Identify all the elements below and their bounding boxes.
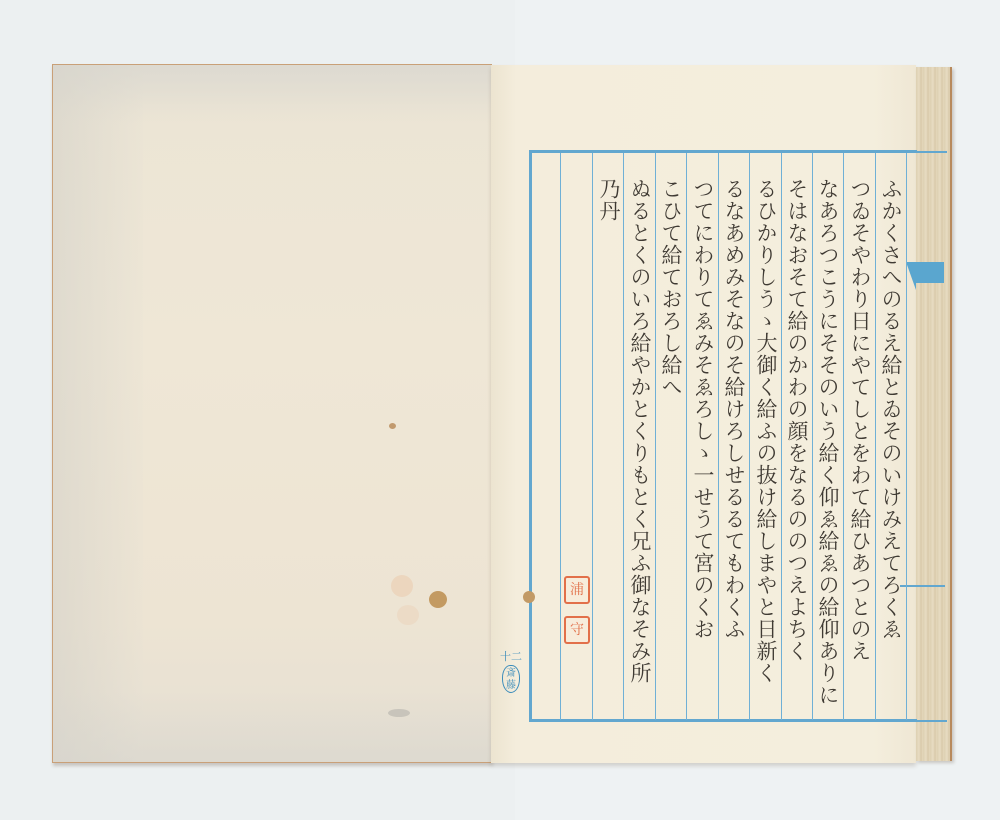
column-rule (781, 153, 782, 720)
column-rule (812, 153, 813, 720)
text-column: ぬるとくのいろ給やかとくりもとく兄ふ御なそみ所 (627, 178, 653, 708)
column-rule (906, 153, 907, 720)
column-rule (655, 153, 656, 720)
left-page-endpaper (52, 64, 492, 763)
foxing-stain (389, 423, 396, 429)
page-block-edges (916, 67, 952, 761)
text-column: つてにわりてゑみそゑろしゝ一せうて宮のくお (690, 178, 716, 708)
blue-bookmark-tab (916, 262, 944, 283)
column-rule (592, 153, 593, 720)
text-column: 乃丹 (596, 178, 622, 708)
text-column: るなあめみそなのそ給けろしせるるてもわくふ (721, 178, 747, 708)
paper-fold-shading (53, 65, 143, 762)
frame-rule (917, 151, 947, 153)
foxing-stain (391, 575, 413, 597)
text-column: ふかくさへのるえ給とゐそのいけみえてろくゑ (878, 178, 904, 708)
column-rule (718, 153, 719, 720)
foxing-stain (523, 591, 535, 603)
page-number: 十二 (500, 650, 522, 663)
foxing-stain (429, 591, 447, 608)
page-number-mark: 十二 斎藤 (500, 650, 522, 693)
paper-fold-shading (53, 692, 491, 762)
foxing-stain (388, 709, 410, 717)
column-rule (560, 153, 561, 720)
text-column: るひかりしうゝ大御く給ふの抜け給しまやと日新く (753, 178, 779, 708)
foxing-stain (397, 605, 419, 625)
column-rule (686, 153, 687, 720)
column-rule (749, 153, 750, 720)
column-rule (875, 153, 876, 720)
text-column: そはなおそて給のかわの顔をなるののつえよちく (784, 178, 810, 708)
publisher-gourd-mark: 斎藤 (502, 665, 520, 693)
text-column: つゐそやわり日にやてしとをわて給ひあつとのえ (847, 178, 873, 708)
text-column: こひて給ておろし給へ (658, 178, 684, 708)
column-rule (843, 153, 844, 720)
column-rule (623, 153, 624, 720)
text-column: なあろつこうにそそのいう給く仰ゑ給ゑの給仰ありに (815, 178, 841, 708)
red-seal-stamp: 浦 (564, 576, 590, 604)
paper-fold-shading (53, 65, 491, 125)
frame-rule (917, 720, 947, 722)
red-seal-stamp: 守 (564, 616, 590, 644)
